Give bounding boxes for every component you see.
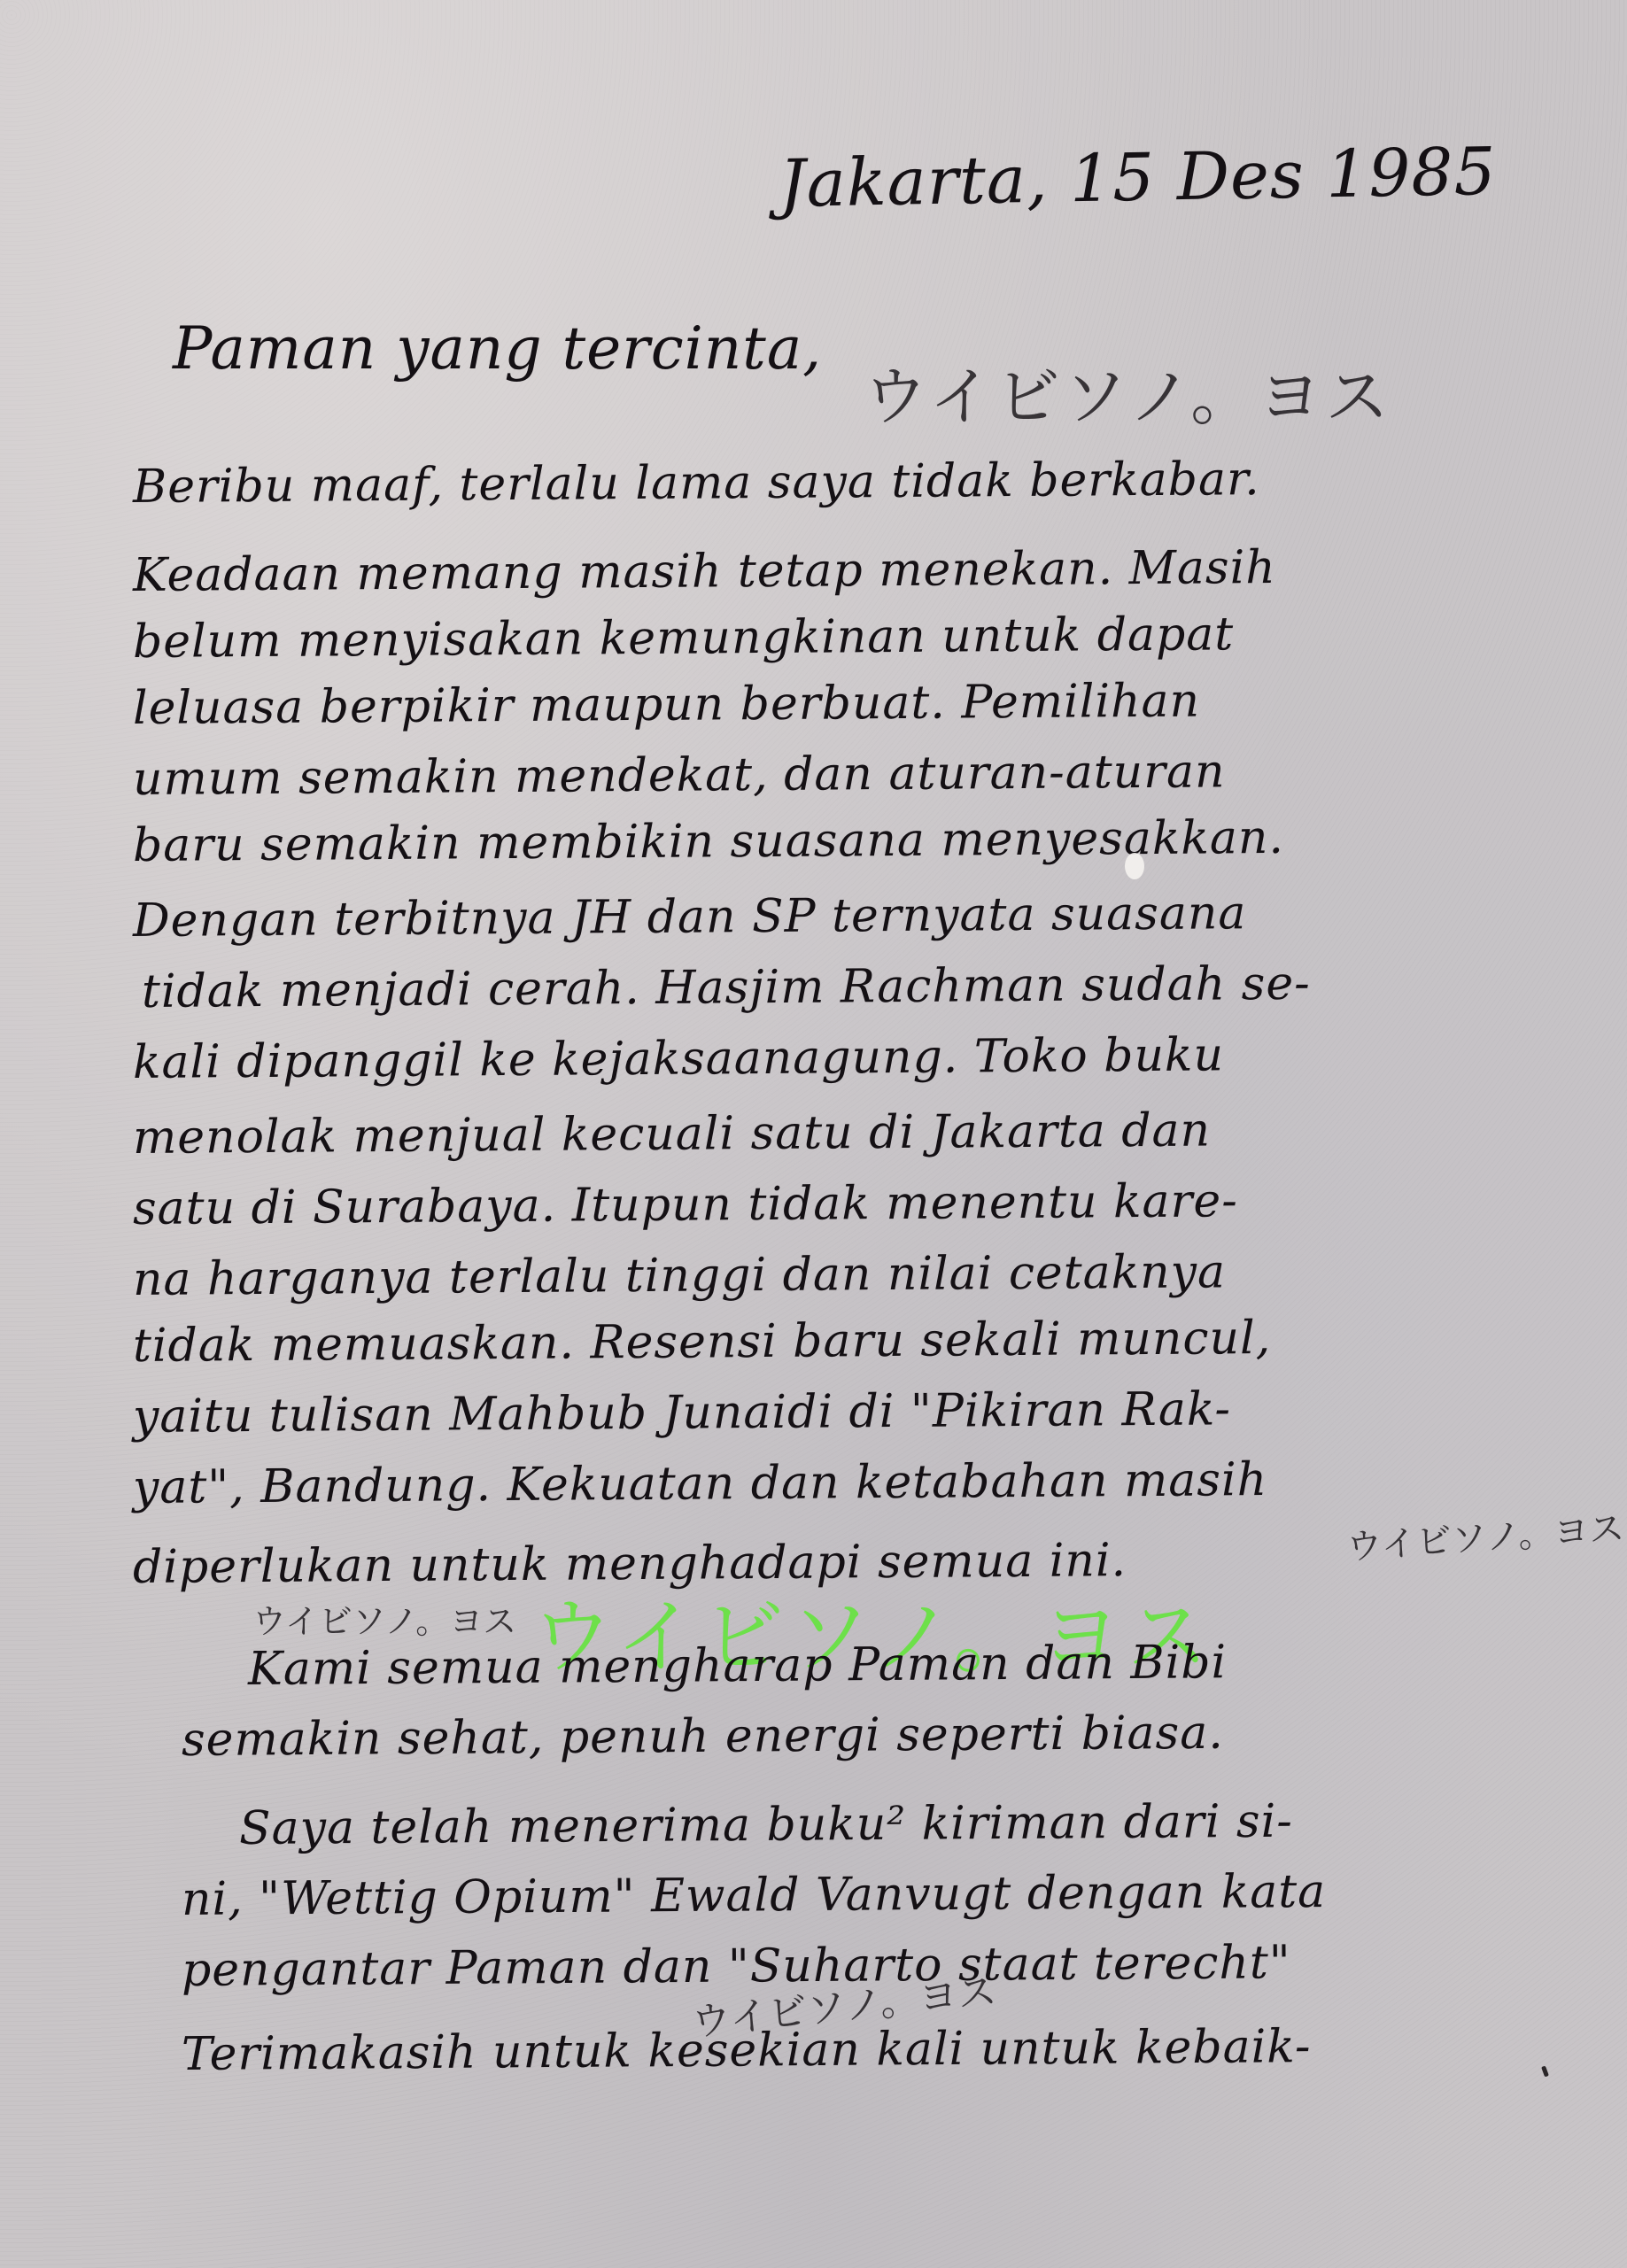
katakana-watermark-top: ウイビソノ。ヨス bbox=[864, 345, 1392, 437]
body-line: na harganya terlalu tinggi dan nilai cet… bbox=[133, 1245, 1226, 1306]
body-line: yaitu tulisan Mahbub Junaidi di "Pikiran… bbox=[133, 1382, 1231, 1444]
body-line: umum semakin mendekat, dan aturan-aturan bbox=[133, 745, 1226, 806]
body-line: semakin sehat, penuh energi seperti bias… bbox=[182, 1707, 1224, 1767]
body-line: Dengan terbitnya JH dan SP ternyata suas… bbox=[133, 886, 1247, 948]
body-line: tidak memuaskan. Resensi baru sekali mun… bbox=[133, 1312, 1272, 1373]
body-line: Beribu maaf, terlalu lama saya tidak ber… bbox=[133, 453, 1260, 514]
body-line: Kami semua mengharap Paman dan Bibi bbox=[248, 1636, 1228, 1696]
body-line: tidak menjadi cerah. Hasjim Rachman suda… bbox=[142, 957, 1311, 1018]
body-line: kali dipanggil ke kejaksaanagung. Toko b… bbox=[133, 1028, 1224, 1089]
body-line: belum menyisakan kemungkinan untuk dapat bbox=[133, 608, 1235, 669]
body-line: Terimakasih untuk kesekian kali untuk ke… bbox=[182, 2020, 1312, 2081]
katakana-watermark-left: ウイビソノ。ヨス bbox=[252, 1594, 516, 1643]
body-line: Keadaan memang masih tetap menekan. Masi… bbox=[133, 541, 1276, 602]
ink-speck bbox=[1541, 2066, 1549, 2078]
letter-paper: Jakarta, 15 Des 1985 Paman yang tercinta… bbox=[0, 0, 1627, 2268]
body-line: baru semakin membikin suasana menyesakka… bbox=[133, 811, 1284, 872]
body-line: Saya telah menerima buku² kiriman dari s… bbox=[239, 1795, 1293, 1855]
date-line: Jakarta, 15 Des 1985 bbox=[779, 134, 1497, 222]
body-line: yat", Bandung. Kekuatan dan ketabahan ma… bbox=[133, 1453, 1268, 1514]
paper-blot bbox=[1125, 853, 1144, 879]
salutation: Paman yang tercinta, bbox=[173, 314, 822, 383]
body-line: satu di Surabaya. Itupun tidak menentu k… bbox=[133, 1174, 1238, 1235]
katakana-watermark-right: ウイビソノ。ヨス bbox=[1344, 1500, 1625, 1570]
body-line: ni, "Wettig Opium" Ewald Vanvugt dengan … bbox=[182, 1865, 1327, 1926]
body-line: leluasa berpikir maupun berbuat. Pemilih… bbox=[133, 675, 1200, 735]
body-line: menolak menjual kecuali satu di Jakarta … bbox=[133, 1104, 1211, 1165]
